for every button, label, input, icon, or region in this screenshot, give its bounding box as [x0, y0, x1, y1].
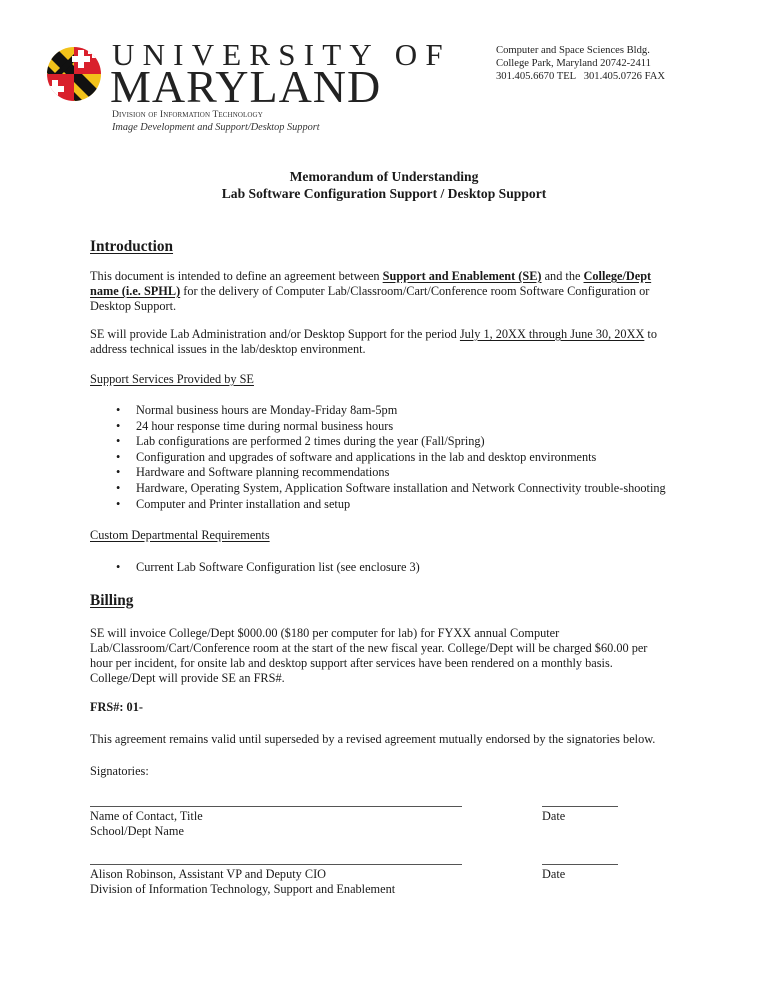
validity-statement: This agreement remains valid until super… [90, 732, 655, 747]
intro-paragraph-line2: name (i.e. SPHL) for the delivery of Com… [90, 284, 649, 299]
billing-line: hour per incident, for onsite lab and de… [90, 656, 613, 671]
billing-line: College/Dept will provide SE an FRS#. [90, 671, 285, 686]
bullet-icon: • [116, 481, 120, 496]
bullet-icon: • [116, 450, 120, 465]
list-item: Lab configurations are performed 2 times… [136, 434, 485, 449]
signatory-org: Division of Information Technology, Supp… [90, 882, 395, 897]
memo-title-line1: Memorandum of Understanding [0, 168, 768, 185]
signatory-org: School/Dept Name [90, 824, 184, 839]
bullet-icon: • [116, 497, 120, 512]
date-label: Date [542, 809, 565, 824]
frs-number: FRS#: 01- [90, 700, 143, 715]
memo-title-line2: Lab Software Configuration Support / Des… [0, 185, 768, 202]
date-line[interactable] [542, 806, 618, 807]
college-dept-term: name (i.e. SPHL) [90, 284, 180, 298]
custom-requirements-heading: Custom Departmental Requirements [90, 528, 270, 543]
se-term: Support and Enablement (SE) [383, 269, 542, 283]
list-item: 24 hour response time during normal busi… [136, 419, 393, 434]
list-item: Hardware and Software planning recommend… [136, 465, 389, 480]
intro-paragraph-line3: Desktop Support. [90, 299, 176, 314]
introduction-heading: Introduction [90, 238, 173, 256]
signatory-name: Alison Robinson, Assistant VP and Deputy… [90, 867, 326, 882]
intro-paragraph-line1: This document is intended to define an a… [90, 269, 651, 284]
billing-heading: Billing [90, 592, 133, 610]
signature-line[interactable] [90, 864, 462, 865]
maryland-flag-globe-icon [44, 44, 104, 104]
text-span: SE will provide Lab Administration and/o… [90, 327, 460, 341]
list-item: Normal business hours are Monday-Friday … [136, 403, 397, 418]
support-period: July 1, 20XX through June 30, 20XX [460, 327, 644, 341]
address-block: Computer and Space Sciences Bldg. Colleg… [496, 44, 665, 83]
list-item: Configuration and upgrades of software a… [136, 450, 596, 465]
bullet-icon: • [116, 403, 120, 418]
text-span: for the delivery of Computer Lab/Classro… [180, 284, 649, 298]
address-line: 301.405.6670 TEL 301.405.0726 FAX [496, 70, 665, 83]
list-item: Current Lab Software Configuration list … [136, 560, 420, 575]
list-item: Hardware, Operating System, Application … [136, 481, 666, 496]
signatory-name: Name of Contact, Title [90, 809, 203, 824]
address-line: College Park, Maryland 20742-2411 [496, 57, 665, 70]
services-heading: Support Services Provided by SE [90, 372, 254, 387]
text-span: to [644, 327, 657, 341]
list-item: Computer and Printer installation and se… [136, 497, 350, 512]
signature-line[interactable] [90, 806, 462, 807]
college-dept-term: College/Dept [584, 269, 652, 283]
university-wordmark-line2: MARYLAND [110, 64, 381, 110]
billing-line: SE will invoice College/Dept $000.00 ($1… [90, 626, 559, 641]
period-paragraph-line1: SE will provide Lab Administration and/o… [90, 327, 657, 342]
text-span: This document is intended to define an a… [90, 269, 383, 283]
signatories-label: Signatories: [90, 764, 149, 779]
text-span: and the [542, 269, 584, 283]
bullet-icon: • [116, 465, 120, 480]
address-line: Computer and Space Sciences Bldg. [496, 44, 665, 57]
billing-line: Lab/Classroom/Cart/Conference room at th… [90, 641, 647, 656]
bullet-icon: • [116, 419, 120, 434]
date-line[interactable] [542, 864, 618, 865]
memo-title: Memorandum of Understanding Lab Software… [0, 168, 768, 202]
date-label: Date [542, 867, 565, 882]
division-subtitle: Image Development and Support/Desktop Su… [112, 121, 320, 134]
bullet-icon: • [116, 434, 120, 449]
division-name: Division of Information Technology [112, 109, 263, 121]
bullet-icon: • [116, 560, 120, 575]
period-paragraph-line2: address technical issues in the lab/desk… [90, 342, 366, 357]
